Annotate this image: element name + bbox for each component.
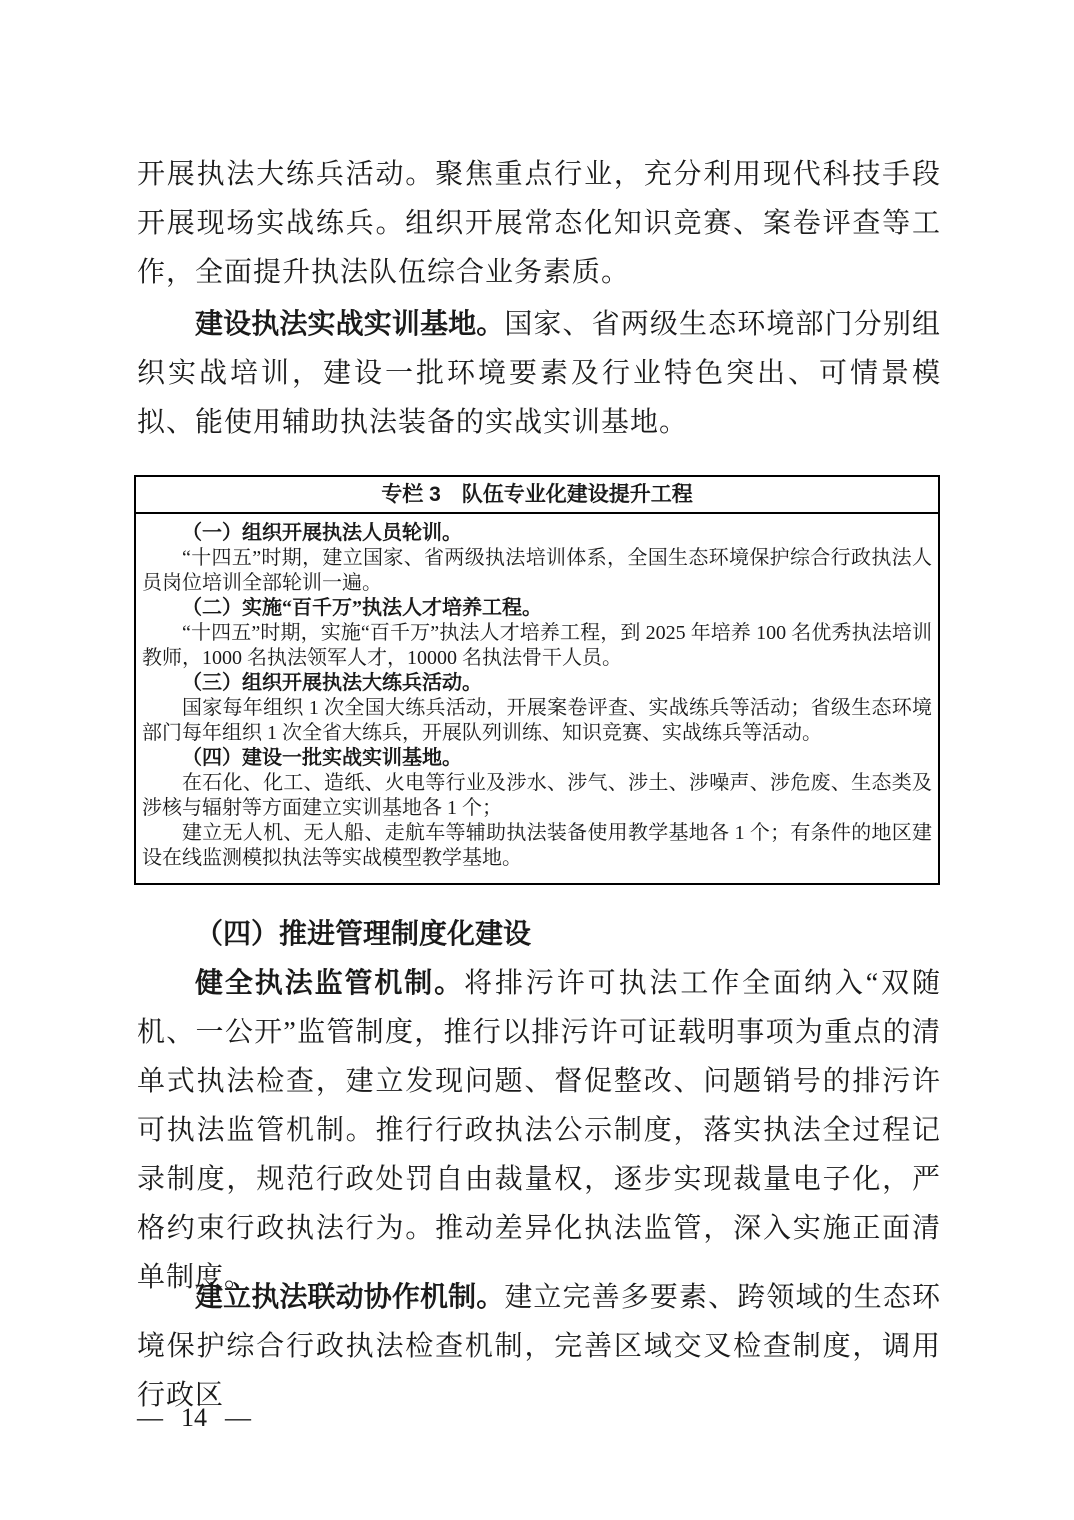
callout-box-body: （一）组织开展执法人员轮训。 “十四五”时期，建立国家、省两级执法培训体系，全国… [136, 514, 938, 883]
paragraph-bold-lead: 建设执法实战实训基地。 [195, 308, 504, 339]
box-item-3-heading: （三）组织开展执法大练兵活动。 [142, 671, 932, 696]
callout-box-title: 专栏 3 队伍专业化建设提升工程 [136, 477, 938, 514]
box-item-4-paragraph-2: 建立无人机、无人船、走航车等辅助执法装备使用教学基地各 1 个；有条件的地区建设… [142, 821, 932, 871]
box-item-1-heading: （一）组织开展执法人员轮训。 [142, 521, 932, 546]
page-footer: — 14 — [137, 1398, 251, 1438]
box-item-1-paragraph: “十四五”时期，建立国家、省两级执法培训体系，全国生态环境保护综合行政执法人员岗… [142, 546, 932, 596]
box-item-2-heading: （二）实施“百千万”执法人才培养工程。 [142, 596, 932, 621]
paragraph-supervision-mechanism: 健全执法监管机制。将排污许可执法工作全面纳入“双随机、一公开”监管制度，推行以排… [137, 958, 941, 1302]
page-number: 14 [181, 1398, 207, 1438]
box-item-4-heading: （四）建设一批实战实训基地。 [142, 746, 932, 771]
paragraph-text: 将排污许可执法工作全面纳入“双随机、一公开”监管制度，推行以排污许可证载明事项为… [137, 968, 941, 1293]
section-heading-management: （四）推进管理制度化建设 [137, 909, 941, 958]
document-page: 开展执法大练兵活动。聚焦重点行业，充分利用现代科技手段开展现场实战练兵。组织开展… [0, 0, 1074, 1520]
paragraph-joint-enforcement: 建立执法联动协作机制。建立完善多要素、跨领域的生态环境保护综合行政执法检查机制，… [137, 1272, 941, 1420]
box-item-4-paragraph-1: 在石化、化工、造纸、火电等行业及涉水、涉气、涉土、涉噪声、涉危废、生态类及涉核与… [142, 771, 932, 821]
callout-box-column-3: 专栏 3 队伍专业化建设提升工程 （一）组织开展执法人员轮训。 “十四五”时期，… [134, 475, 940, 885]
paragraph-bold-lead: 建立执法联动协作机制。 [195, 1281, 504, 1312]
footer-right-dash: — [225, 1398, 251, 1438]
paragraph-bold-lead: 健全执法监管机制。 [195, 967, 464, 998]
footer-left-dash: — [137, 1398, 163, 1438]
box-item-2-paragraph: “十四五”时期，实施“百千万”执法人才培养工程，到 2025 年培养 100 名… [142, 621, 932, 671]
paragraph-training-bases: 建设执法实战实训基地。国家、省两级生态环境部门分别组织实战培训，建设一批环境要素… [137, 299, 941, 447]
paragraph-drill-activities: 开展执法大练兵活动。聚焦重点行业，充分利用现代科技手段开展现场实战练兵。组织开展… [137, 150, 941, 297]
box-item-3-paragraph: 国家每年组织 1 次全国大练兵活动，开展案卷评查、实战练兵等活动；省级生态环境部… [142, 696, 932, 746]
